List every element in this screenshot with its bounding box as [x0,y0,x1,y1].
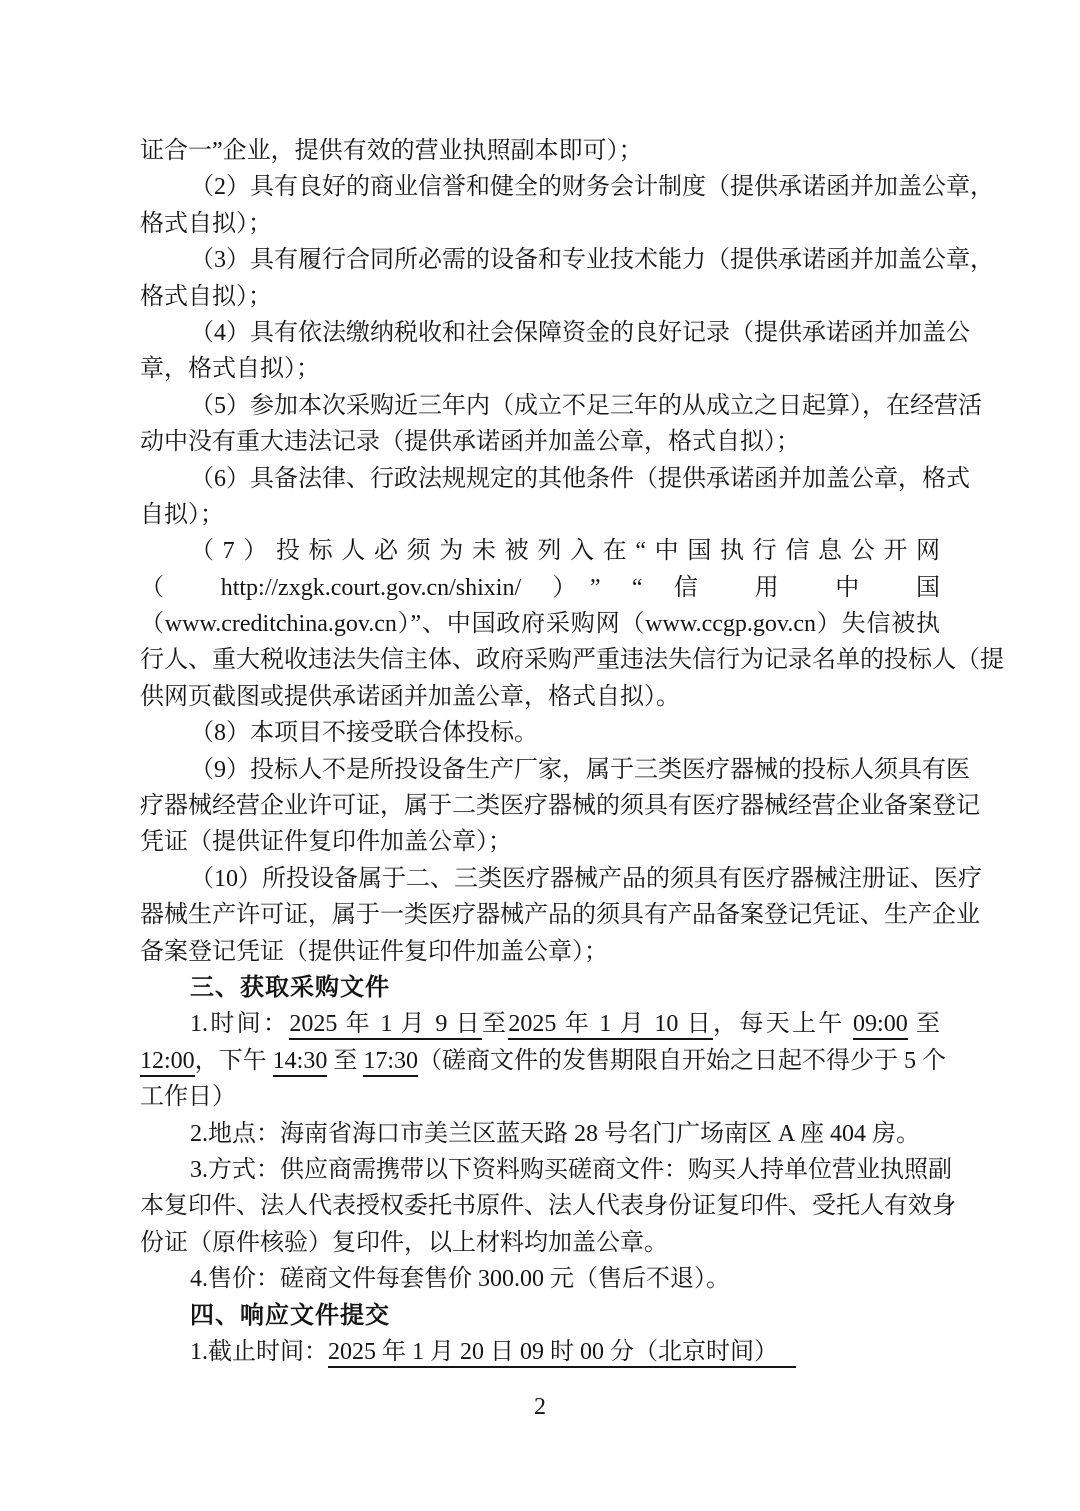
text-run: 格式自拟）； [140,211,272,237]
text-line-14: （www.creditchina.gov.cn）”、中国政府采购网（www.cc… [140,606,940,642]
text-line-21: （10）所投设备属于二、三类医疗器械产品的须具有医疗器械注册证、医疗 [140,861,940,897]
text-run: 备案登记凭证（提供证件复印件加盖公章）； [140,939,608,965]
text-run: （10）所投设备属于二、三类医疗器械产品的须具有医疗器械注册证、医疗 [190,866,982,892]
underlined-text: 14:30 [273,1048,328,1077]
underlined-text: 2025 年 1 月 10 日 [508,1011,713,1040]
text-line-15: 行人、重大税收违法失信主体、政府采购严重违法失信行为记录名单的投标人（提 [140,642,940,678]
text-line-12: （7）投标人必须为未被列入在“中国执行信息公开网 [140,533,940,569]
text-line-17: （8）本项目不接受联合体投标。 [140,715,940,751]
text-line-20: 凭证（提供证件复印件加盖公章）； [140,824,940,860]
underlined-text: 17:30 [363,1048,418,1077]
text-line-34: 1.截止时间：2025 年 1 月 20 日 09 时 00 分（北京时间） [140,1334,940,1370]
text-run: 1.时间： [190,1011,289,1037]
text-run: （7）投标人必须为未被列入在“中国执行信息公开网 [190,538,940,564]
text-run: （www.creditchina.gov.cn）”、中国政府采购网（www.cc… [140,611,940,637]
text-line-27: 工作日） [140,1079,940,1115]
text-line-8: （5）参加本次采购近三年内（成立不足三年的从成立之日起算），在经营活 [140,388,940,424]
text-line-28: 2.地点：海南省海口市美兰区蓝天路 28 号名门广场南区 A 座 404 房。 [140,1116,940,1152]
document-page: 证合一”企业，提供有效的营业执照副本即可）；（2）具有良好的商业信誉和健全的财务… [0,0,1080,1511]
text-run: 动中没有重大违法记录（提供承诺函并加盖公章，格式自拟）； [140,429,800,455]
text-run: 证合一”企业，提供有效的营业执照副本即可）； [140,138,643,164]
text-line-1: 证合一”企业，提供有效的营业执照副本即可）； [140,133,940,169]
text-line-10: （6）具备法律、行政法规规定的其他条件（提供承诺函并加盖公章，格式 [140,461,940,497]
text-run: 自拟）； [140,502,224,528]
text-run: 四、响应文件提交 [190,1302,390,1329]
text-line-33: 四、响应文件提交 [140,1298,940,1334]
text-run: （9）投标人不是所投设备生产厂家，属于三类医疗器械的投标人须具有医 [190,757,970,783]
text-run: ，每天上午 [713,1011,853,1037]
text-run: （3）具有履行合同所必需的设备和专业技术能力（提供承诺函并加盖公章， [190,247,994,273]
text-run: 本复印件、法人代表授权委托书原件、法人代表身份证复印件、受托人有效身 [140,1193,956,1219]
text-run: 至 [327,1048,363,1074]
text-run: （4）具有依法缴纳税收和社会保障资金的良好记录（提供承诺函并加盖公 [190,320,970,346]
text-line-5: 格式自拟）； [140,279,940,315]
text-run: 三、获取采购文件 [190,974,390,1001]
text-run: 2.地点：海南省海口市美兰区蓝天路 28 号名门广场南区 A 座 404 房。 [190,1121,920,1147]
text-run: （6）具备法律、行政法规规定的其他条件（提供承诺函并加盖公章，格式 [190,466,970,492]
text-line-3: 格式自拟）； [140,206,940,242]
text-line-32: 4.售价：磋商文件每套售价 300.00 元（售后不退）。 [140,1261,940,1297]
underlined-text: 12:00 [140,1048,195,1077]
text-run: 份证（原件核验）复印件，以上材料均加盖公章。 [140,1230,668,1256]
text-line-23: 备案登记凭证（提供证件复印件加盖公章）； [140,934,940,970]
text-run: 供网页截图或提供承诺函并加盖公章，格式自拟）。 [140,684,680,710]
text-run: 格式自拟）； [140,284,272,310]
text-line-7: 章，格式自拟）； [140,351,940,387]
text-run: 3.方式：供应商需携带以下资料购买磋商文件：购买人持单位营业执照副 [190,1157,952,1183]
text-line-2: （2）具有良好的商业信誉和健全的财务会计制度（提供承诺函并加盖公章， [140,169,940,205]
underlined-text: 2025 年 1 月 20 日 09 时 00 分（北京时间） [328,1339,796,1368]
text-line-6: （4）具有依法缴纳税收和社会保障资金的良好记录（提供承诺函并加盖公 [140,315,940,351]
text-run: 至 [908,1011,940,1037]
text-line-18: （9）投标人不是所投设备生产厂家，属于三类医疗器械的投标人须具有医 [140,752,940,788]
text-run: ，下午 [195,1048,273,1074]
text-line-4: （3）具有履行合同所必需的设备和专业技术能力（提供承诺函并加盖公章， [140,242,940,278]
text-run: （8）本项目不接受联合体投标。 [190,720,538,746]
text-line-29: 3.方式：供应商需携带以下资料购买磋商文件：购买人持单位营业执照副 [140,1152,940,1188]
text-run: 1.截止时间： [190,1339,328,1365]
text-run: 至 [482,1011,508,1037]
text-line-24: 三、获取采购文件 [140,970,940,1006]
underlined-text: 2025 年 1 月 9 日 [289,1011,482,1040]
text-line-16: 供网页截图或提供承诺函并加盖公章，格式自拟）。 [140,679,940,715]
text-run: （2）具有良好的商业信誉和健全的财务会计制度（提供承诺函并加盖公章， [190,174,994,200]
text-run: 器械生产许可证，属于一类医疗器械产品的须具有产品备案登记凭证、生产企业 [140,902,980,928]
text-run: 4.售价：磋商文件每套售价 300.00 元（售后不退）。 [190,1266,730,1292]
text-run: （ http://zxgk.court.gov.cn/shixin/ ）” “ … [140,575,940,601]
text-run: （5）参加本次采购近三年内（成立不足三年的从成立之日起算），在经营活 [190,393,982,419]
document-body: 证合一”企业，提供有效的营业执照副本即可）；（2）具有良好的商业信誉和健全的财务… [140,133,940,1370]
text-line-26: 12:00，下午 14:30 至 17:30（磋商文件的发售期限自开始之日起不得… [140,1043,940,1079]
text-run: 章，格式自拟）； [140,356,320,382]
text-run: （磋商文件的发售期限自开始之日起不得少于 5 个 [418,1048,946,1074]
text-line-19: 疗器械经营企业许可证，属于二类医疗器械的须具有医疗器械经营企业备案登记 [140,788,940,824]
underlined-text: 09:00 [853,1011,908,1040]
text-line-25: 1.时间：2025 年 1 月 9 日至2025 年 1 月 10 日，每天上午… [140,1006,940,1042]
text-run: 疗器械经营企业许可证，属于二类医疗器械的须具有医疗器械经营企业备案登记 [140,793,980,819]
text-run: 工作日） [140,1084,236,1110]
text-line-13: （ http://zxgk.court.gov.cn/shixin/ ）” “ … [140,570,940,606]
text-run: 行人、重大税收违法失信主体、政府采购严重违法失信行为记录名单的投标人（提 [140,647,1004,673]
page-number: 2 [0,1392,1080,1422]
text-line-11: 自拟）； [140,497,940,533]
text-line-31: 份证（原件核验）复印件，以上材料均加盖公章。 [140,1225,940,1261]
text-line-22: 器械生产许可证，属于一类医疗器械产品的须具有产品备案登记凭证、生产企业 [140,897,940,933]
text-line-30: 本复印件、法人代表授权委托书原件、法人代表身份证复印件、受托人有效身 [140,1188,940,1224]
text-run: 凭证（提供证件复印件加盖公章）； [140,829,512,855]
text-line-9: 动中没有重大违法记录（提供承诺函并加盖公章，格式自拟）； [140,424,940,460]
